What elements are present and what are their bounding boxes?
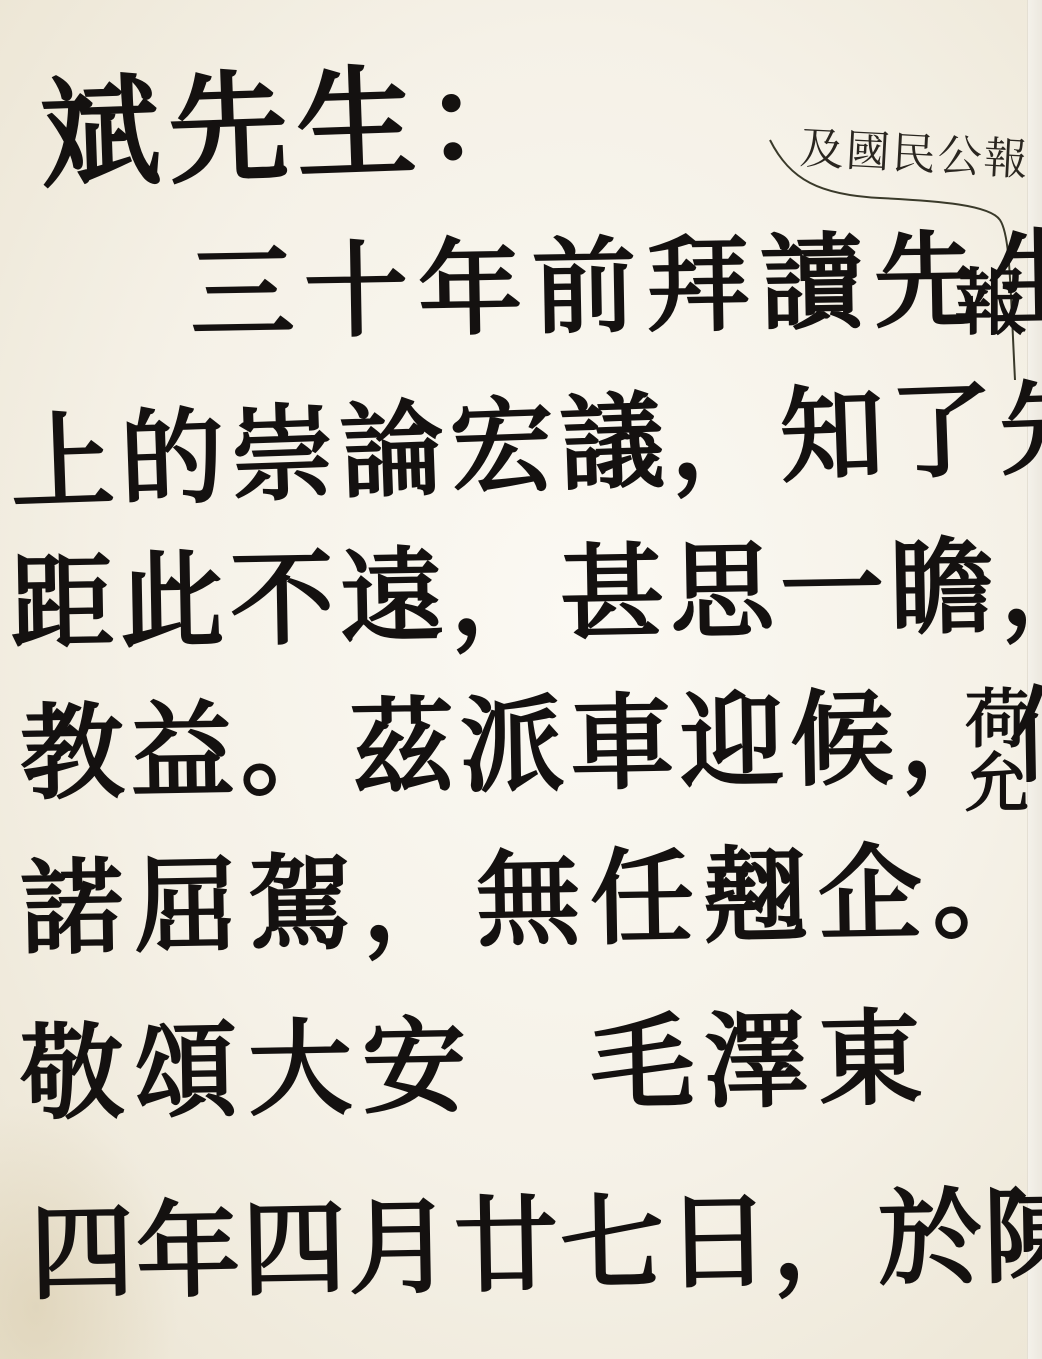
salutation: 斌先生： — [37, 22, 555, 212]
letter-line-1-tail: 報 — [955, 245, 1027, 349]
letter-line-2: 上的崇論宏議，知了先生居所 — [7, 330, 1042, 530]
inserted-annotation: 及國民公報 — [798, 112, 1031, 188]
letter-line-1: 三十年前拜讀先生在民 — [189, 190, 1042, 360]
letter-line-4-tail: 荷允 — [945, 685, 1037, 813]
letter-line-3: 距此不遠，甚思一瞻，藉聆 — [9, 497, 1042, 670]
letter-page: 斌先生： 及國民公報 三十年前拜讀先生在民 報 上的崇論宏議，知了先生居所 距此… — [0, 0, 1042, 1359]
letter-line-4: 教益。茲派車迎候，倘 — [19, 651, 1042, 820]
date-line: 四年四月廿七日，於陳南莊 — [29, 1148, 1042, 1320]
closing-and-signature: 敬頌大安 毛澤東 九 — [19, 970, 1042, 1140]
letter-line-5: 諾屈駕，無任翹企。 — [19, 807, 1042, 975]
